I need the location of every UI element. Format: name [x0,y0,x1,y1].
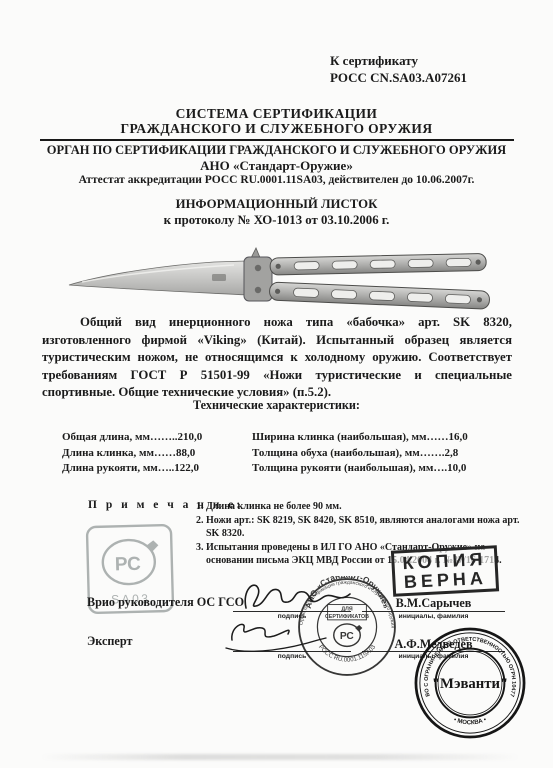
knife-handle-top [270,253,486,275]
certificate-number: РОСС CN.SA03.A07261 [330,69,467,86]
copy-verna-stamp: КОПИЯ ВЕРНА [391,545,499,596]
scanned-certificate-page: К сертификату РОСС CN.SA03.A07261 СИСТЕМ… [0,0,553,768]
mevanti-round-seal: ОБЩЕСТВО С ОГРАНИЧЕННОЙ ОТВЕТСТВЕННОСТЬЮ… [413,626,527,740]
system-title-line1: СИСТЕМА СЕРТИФИКАЦИИ [0,106,553,121]
knife-photo [64,238,492,312]
copy-stamp-line2: ВЕРНА [403,569,488,592]
certification-body-line: ОРГАН ПО СЕРТИФИКАЦИИ ГРАЖДАНСКОГО И СЛУ… [0,143,553,158]
spec-blade-width: Ширина клинка (наибольшая), мм……16,0 [252,430,468,446]
organization-name: АНО «Стандарт-Оружие» [0,158,553,173]
blade-logo [212,274,226,281]
spec-blade-length: Длина клинка, мм……88,0 [62,446,202,462]
header-divider [40,139,514,141]
stamp-rst-hook [355,625,362,632]
certificate-reference: К сертификату РОСС CN.SA03.A07261 [330,52,467,86]
rst-mark-letters: РС [115,554,142,576]
signatory-title-2: Эксперт [87,634,132,649]
specs-right-column: Ширина клинка (наибольшая), мм……16,0 Тол… [252,430,468,477]
scan-smudge [40,754,520,760]
specs-left-column: Общая длина, мм……..210,0 Длина клинка, м… [62,430,202,477]
spec-handle-length: Длина рукояти, мм…..122,0 [62,461,202,477]
specs-heading: Технические характеристики: [0,398,553,413]
system-title-line2: ГРАЖДАНСКОГО И СЛУЖЕБНОГО ОРУЖИЯ [0,121,553,136]
knife-handle-bottom [269,282,490,309]
note-item: 2. Ножи арт.: SK 8219, SK 8420, SK 8510,… [196,514,528,541]
stamp-rst-letters: РС [340,631,355,642]
knife-pivot [244,257,272,301]
signatory-title-1: Врио руководителя ОС ГСО [87,595,244,610]
document-title-line1: ИНФОРМАЦИОННЫЙ ЛИСТОК [0,196,553,212]
spec-handle-thickness: Толщина рукояти (наибольшая), мм….10,0 [252,461,468,477]
spec-spine-thickness: Толщина обуха (наибольшая), мм…….2,8 [252,446,468,462]
note-item: 1. Длина клинка не более 90 мм. [196,500,528,514]
stamp-center-line2: СЕРТИФИКАТОВ [325,614,369,620]
description-paragraph: Общий вид инерционного ножа типа «бабочк… [42,314,512,402]
accreditation-line: Аттестат аккредитации РОСС RU.0001.11SA0… [0,173,553,187]
spec-total-length: Общая длина, мм……..210,0 [62,430,202,446]
protocol-reference: к протоколу № ХО-1013 от 03.10.2006 г. [0,212,553,228]
stamp-center-line1: ДЛЯ [341,607,352,613]
letterhead: СИСТЕМА СЕРТИФИКАЦИИ ГРАЖДАНСКОГО И СЛУЖ… [0,106,553,187]
certificate-reference-line1: К сертификату [330,52,467,69]
document-title: ИНФОРМАЦИОННЫЙ ЛИСТОК к протоколу № ХО-1… [0,196,553,228]
seal-company-name: "Мэванти" [432,676,508,692]
rst-mark-hook [146,540,158,551]
organization-round-stamp: Орган по сертификации гражданского и слу… [296,576,398,678]
